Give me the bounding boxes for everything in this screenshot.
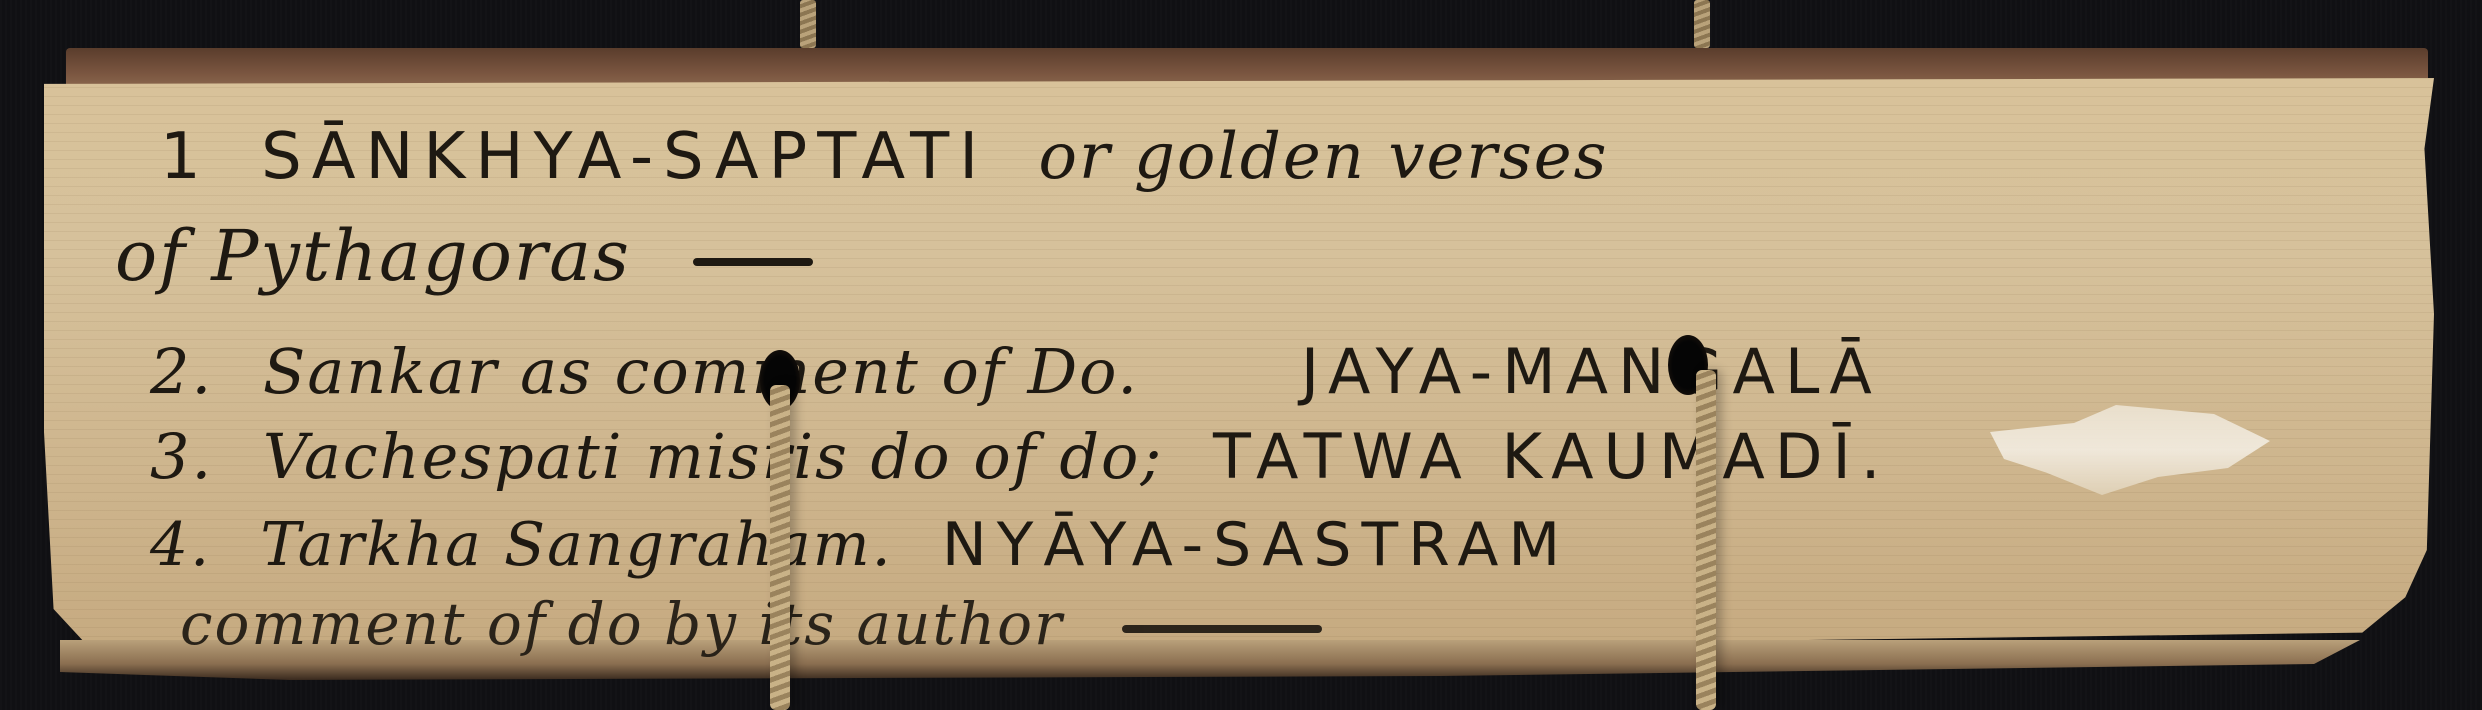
title-text: JAYA-MANGALĀ	[1301, 335, 1882, 408]
title-text: TATWA KAUMADĪ.	[1213, 420, 1891, 493]
annotation-text: or golden verses	[1038, 120, 1608, 194]
annotation-text: Vachespati misris do of do;	[263, 420, 1163, 493]
annotation-text: comment of do by its author	[180, 590, 1064, 658]
line-number: 3.	[150, 420, 213, 493]
binding-string-top-left	[800, 0, 816, 48]
manuscript-line-3: 2. Sankar as comment of Do. JAYA-MANGALĀ	[150, 335, 1910, 408]
line-number: 1	[160, 120, 211, 194]
manuscript-line-2: of Pythagoras	[115, 215, 813, 297]
line-number: 2.	[150, 335, 213, 408]
title-text: SĀNKHYA-SAPTATI	[261, 120, 988, 194]
dash-mark	[1122, 625, 1322, 633]
manuscript-line-6: comment of do by its author	[180, 590, 1322, 658]
dash-mark	[693, 258, 813, 266]
annotation-text: Tarkha Sangraham.	[260, 510, 892, 580]
manuscript-line-5: 4. Tarkha Sangraham. NYĀYA-SASTRAM	[150, 510, 1598, 580]
binding-string-left	[770, 385, 790, 710]
manuscript-line-4: 3. Vachespati misris do of do; TATWA KAU…	[150, 420, 1919, 493]
manuscript-line-1: 1 SĀNKHYA-SAPTATI or golden verses	[160, 120, 1637, 194]
binding-string-right	[1696, 370, 1716, 710]
binding-string-top-right	[1694, 0, 1710, 48]
title-text: NYĀYA-SASTRAM	[942, 510, 1570, 580]
annotation-text: Sankar as comment of Do.	[263, 335, 1139, 408]
line-number: 4.	[150, 510, 211, 580]
annotation-text: of Pythagoras	[115, 215, 631, 297]
